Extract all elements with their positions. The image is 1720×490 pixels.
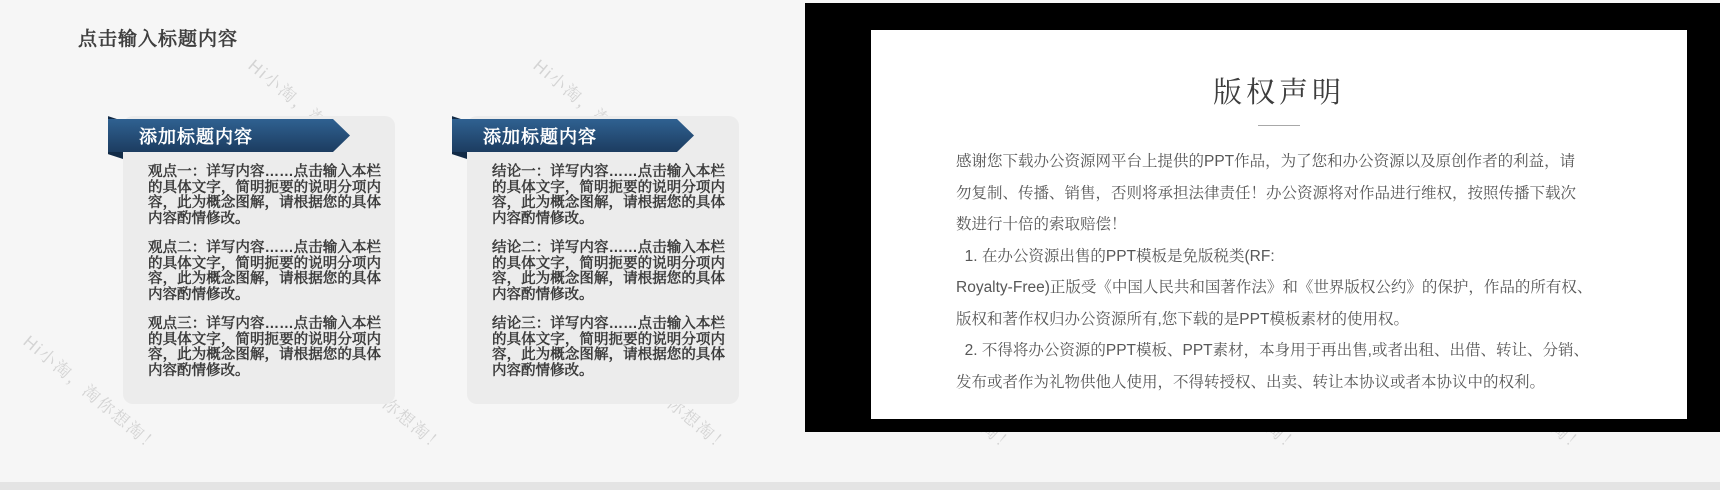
card-2-body: 结论一：详写内容……点击输入本栏的具体文字，简明扼要的说明分项内容，此为概念图解…: [492, 165, 725, 393]
page-bottom-strip: [0, 482, 1720, 490]
slide-title: 点击输入标题内容: [78, 24, 238, 51]
copyright-line: 1. 在办公资源出售的PPT模板是免版税类(RF:: [956, 241, 1617, 273]
card-2-header: 添加标题内容: [483, 123, 597, 149]
copyright-line: 感谢您下载办公资源网平台上提供的PPT作品，为了您和办公资源以及原创作者的利益，…: [956, 146, 1617, 178]
copyright-line: Royalty-Free)正版受《中国人民共和国著作法》和《世界版权公约》的保护…: [956, 272, 1617, 304]
card-1-paragraph: 观点一：详写内容……点击输入本栏的具体文字，简明扼要的说明分项内容，此为概念图解…: [148, 165, 381, 227]
copyright-line: 勿复制、传播、销售，否则将承担法律责任！办公资源将对作品进行维权，按照传播下载次: [956, 178, 1617, 210]
card-2-paragraph: 结论一：详写内容……点击输入本栏的具体文字，简明扼要的说明分项内容，此为概念图解…: [492, 165, 725, 227]
card-1-body: 观点一：详写内容……点击输入本栏的具体文字，简明扼要的说明分项内容，此为概念图解…: [148, 165, 381, 393]
content-card-1: 添加标题内容 观点一：详写内容……点击输入本栏的具体文字，简明扼要的说明分项内容…: [123, 116, 395, 404]
copyright-line: 版权和著作权归办公资源所有,您下载的是PPT模板素材的使用权。: [956, 304, 1617, 336]
title-divider: [1258, 125, 1300, 126]
card-1-banner: 添加标题内容: [108, 119, 350, 152]
copyright-line: 发布或者作为礼物供他人使用，不得转授权、出卖、转让本协议或者本协议中的权利。: [956, 367, 1617, 399]
card-1-paragraph: 观点三：详写内容……点击输入本栏的具体文字，简明扼要的说明分项内容，此为概念图解…: [148, 317, 381, 379]
copyright-title: 版权声明: [871, 70, 1687, 111]
copyright-line: 数进行十倍的索取赔偿！: [956, 209, 1617, 241]
card-1-paragraph: 观点二：详写内容……点击输入本栏的具体文字，简明扼要的说明分项内容，此为概念图解…: [148, 241, 381, 303]
slide-right[interactable]: 版权声明 感谢您下载办公资源网平台上提供的PPT作品，为了您和办公资源以及原创作…: [805, 3, 1720, 432]
copyright-line: 2. 不得将办公资源的PPT模板、PPT素材，本身用于再出售,或者出租、出借、转…: [956, 335, 1617, 367]
ribbon-arrow: 添加标题内容: [108, 119, 350, 152]
card-1-header: 添加标题内容: [139, 123, 253, 149]
slide-left[interactable]: 点击输入标题内容 添加标题内容 观点一：详写内容……点击输入本栏的具体文字，简明…: [0, 0, 805, 483]
template-preview-page: Hi小淘，淘你想淘！Hi小淘，淘你想淘！Hi小淘，淘你想淘！Hi小淘，淘你想淘！…: [0, 0, 1720, 490]
copyright-panel: 版权声明 感谢您下载办公资源网平台上提供的PPT作品，为了您和办公资源以及原创作…: [871, 30, 1687, 419]
card-2-banner: 添加标题内容: [452, 119, 694, 152]
copyright-body: 感谢您下载办公资源网平台上提供的PPT作品，为了您和办公资源以及原创作者的利益，…: [956, 146, 1617, 398]
card-2-paragraph: 结论三：详写内容……点击输入本栏的具体文字，简明扼要的说明分项内容，此为概念图解…: [492, 317, 725, 379]
card-2-paragraph: 结论二：详写内容……点击输入本栏的具体文字，简明扼要的说明分项内容，此为概念图解…: [492, 241, 725, 303]
content-card-2: 添加标题内容 结论一：详写内容……点击输入本栏的具体文字，简明扼要的说明分项内容…: [467, 116, 739, 404]
ribbon-arrow: 添加标题内容: [452, 119, 694, 152]
